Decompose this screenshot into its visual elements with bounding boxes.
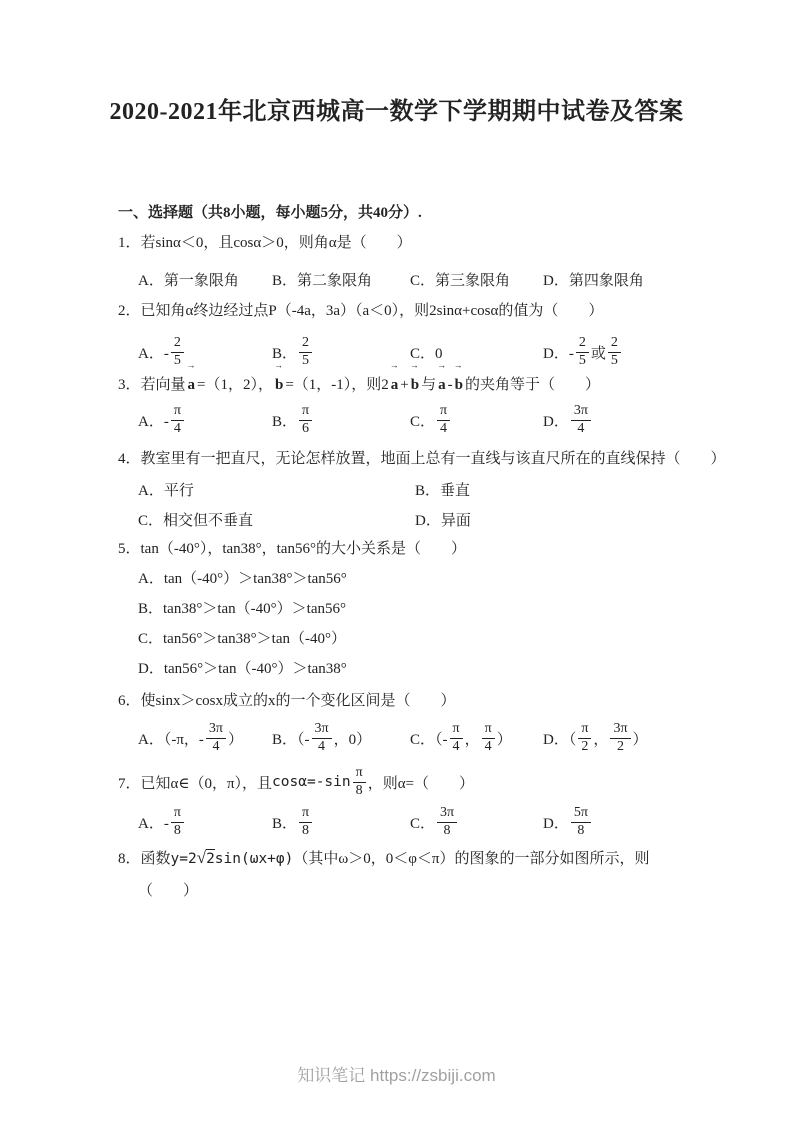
vector-arrow-icon: → (274, 361, 283, 370)
fraction-numerator: 3π (437, 805, 457, 822)
question-2-option-c: C．0 (410, 342, 543, 363)
fraction-numerator: 2 (299, 335, 312, 352)
fraction: π4 (450, 721, 463, 754)
fraction-numerator: 3π (312, 721, 332, 738)
fraction: 25 (299, 335, 312, 368)
fraction-numerator: 2 (171, 335, 184, 352)
fraction: π8 (299, 805, 312, 838)
text-token: =（1，-1），则2 (285, 377, 388, 393)
vector: →a (436, 370, 448, 400)
text-token: A．- (138, 342, 169, 363)
text-token: C．（- (410, 728, 448, 749)
fraction: 5π8 (571, 805, 591, 838)
fraction-denominator: 2 (614, 739, 627, 755)
question-3-options: A．-π4 B．π6 C．π4 D．3π4 (138, 398, 693, 442)
vector: →b (453, 370, 465, 400)
fraction-numerator: π (299, 805, 312, 822)
fraction-numerator: π (437, 403, 450, 420)
formula-token: cosα=-sin (272, 774, 351, 790)
text-token: A．（-π，- (138, 728, 204, 749)
question-6-option-b: B．（-3π4，0） (272, 721, 410, 754)
fraction-denominator: 8 (353, 783, 366, 799)
question-5-option-b: B．tan38°＞tan（-40°）＞tan56° (138, 594, 693, 624)
question-5-option-d: D．tan56°＞tan（-40°）＞tan38° (138, 654, 693, 684)
footer-text: 知识笔记 https://zsbiji.com (297, 1066, 495, 1085)
question-1-option-b: B．第二象限角 (272, 269, 410, 290)
question-5-option-c: C．tan56°＞tan38°＞tan（-40°） (138, 624, 693, 654)
fraction-denominator: 5 (171, 353, 184, 369)
fraction-numerator: π (171, 805, 184, 822)
fraction: π4 (482, 721, 495, 754)
question-1-option-c: C．第三象限角 (410, 269, 543, 290)
fraction-denominator: 4 (209, 739, 222, 755)
text-token: C． (410, 812, 435, 833)
text-token: B． (272, 410, 297, 431)
fraction-numerator: π (353, 765, 366, 782)
vector-arrow-icon: → (437, 361, 446, 370)
fraction-denominator: 8 (299, 823, 312, 839)
fraction-denominator: 6 (299, 421, 312, 437)
fraction-denominator: 4 (171, 421, 184, 437)
vector-arrow-icon: → (410, 361, 419, 370)
fraction-numerator: 3π (571, 403, 591, 420)
text-token: ，0） (334, 728, 372, 749)
fraction-numerator: 3π (610, 721, 630, 738)
question-6-options: A．（-π，-3π4） B．（-3π4，0） C．（-π4，π4） D．（π2，… (138, 716, 693, 760)
question-7-option-a: A．-π8 (138, 805, 272, 838)
fraction-numerator: 2 (576, 335, 589, 352)
text-token: A．- (138, 812, 169, 833)
text-token: 7．已知α∈（0，π），且 (118, 772, 272, 793)
fraction-numerator: 5π (571, 805, 591, 822)
page-footer: 知识笔记 https://zsbiji.com (0, 1062, 793, 1090)
section-heading: 一、选择题（共8小题，每小题5分，共40分）. (118, 198, 693, 228)
fraction: 25 (171, 335, 184, 368)
question-5-option-a: A．tan（-40°）＞tan38°＞tan56° (138, 564, 693, 594)
question-1-options: A．第一象限角 B．第二象限角 C．第三象限角 D．第四象限角 (138, 264, 693, 294)
vector-letter: a (188, 377, 196, 393)
fraction-denominator: 5 (299, 353, 312, 369)
question-6-option-c: C．（-π4，π4） (410, 721, 543, 754)
fraction-numerator: 2 (608, 335, 621, 352)
fraction: 3π4 (312, 721, 332, 754)
radicand: 2 (206, 849, 215, 868)
vector: →b (273, 370, 285, 400)
fraction: 3π8 (437, 805, 457, 838)
text-token: 的夹角等于（ ） (465, 377, 600, 393)
fraction: 25 (608, 335, 621, 368)
text-token: D．- (543, 342, 574, 363)
fraction-numerator: π (171, 403, 184, 420)
fraction-denominator: 2 (578, 739, 591, 755)
fraction-denominator: 4 (437, 421, 450, 437)
question-1-text: 1．若sinα＜0，且cosα＞0，则角α是（ ） (118, 228, 693, 258)
question-1-option-d: D．第四象限角 (543, 269, 693, 290)
fraction: 25 (576, 335, 589, 368)
fraction-numerator: π (578, 721, 591, 738)
question-4-option-b: B．垂直 (415, 479, 693, 500)
formula-token: y=2 (171, 851, 197, 867)
content: 一、选择题（共8小题，每小题5分，共40分）. 1．若sinα＜0，且cosα＞… (118, 198, 693, 906)
fraction: π8 (171, 805, 184, 838)
text-token: 或 (591, 342, 606, 363)
question-8-text-line-2: （ ） (138, 876, 693, 906)
doc-title: 2020-2021年北京西城高一数学下学期期中试卷及答案 (0, 96, 793, 128)
question-3-option-c: C．π4 (410, 403, 543, 436)
text-token: A．- (138, 410, 169, 431)
text-token: ） (228, 728, 243, 749)
text-token: ，则α=（ ） (368, 772, 474, 793)
text-token: （其中ω＞0，0＜φ＜π）的图象的一部分如图所示，则 (293, 851, 649, 867)
question-3-option-d: D．3π4 (543, 403, 693, 436)
fraction-numerator: π (450, 721, 463, 738)
fraction: π8 (353, 765, 366, 798)
fraction-numerator: π (299, 403, 312, 420)
formula-token: sin(ωx+φ) (215, 851, 294, 867)
radical-icon: √ (197, 849, 206, 868)
question-4-option-a: A．平行 (138, 479, 415, 500)
vector-arrow-icon: → (390, 361, 399, 370)
question-2-text: 2．已知角α终边经过点P（-4a，3a）（a＜0），则2sinα+cosα的值为… (118, 296, 693, 326)
question-4-text: 4．教室里有一把直尺，无论怎样放置，地面上总有一直线与该直尺所在的直线保持（ ） (118, 444, 693, 474)
fraction: π4 (171, 403, 184, 436)
fraction: π6 (299, 403, 312, 436)
question-7-text: 7．已知α∈（0，π），且cosα=-sinπ8，则α=（ ） (118, 760, 693, 804)
fraction: 3π2 (610, 721, 630, 754)
question-7-option-b: B．π8 (272, 805, 410, 838)
question-6-option-a: A．（-π，-3π4） (138, 721, 272, 754)
fraction-denominator: 4 (482, 739, 495, 755)
text-token: D．（ (543, 728, 576, 749)
fraction-denominator: 5 (608, 353, 621, 369)
text-token: ） (497, 728, 512, 749)
vector: →a (186, 370, 198, 400)
fraction: π2 (578, 721, 591, 754)
fraction-denominator: 4 (450, 739, 463, 755)
question-2-option-d: D．-25或25 (543, 335, 693, 368)
question-4-option-d: D．异面 (415, 509, 693, 530)
text-token: + (400, 377, 408, 393)
fraction-numerator: π (482, 721, 495, 738)
fraction: π4 (437, 403, 450, 436)
page: 2020-2021年北京西城高一数学下学期期中试卷及答案 一、选择题（共8小题，… (0, 0, 793, 1122)
text-token: B． (272, 812, 297, 833)
text-token: ， (593, 728, 608, 749)
question-1-option-a: A．第一象限角 (138, 269, 272, 290)
question-6-option-d: D．（π2，3π2） (543, 721, 693, 754)
text-token: D． (543, 812, 569, 833)
fraction: 3π4 (571, 403, 591, 436)
vector-letter: a (438, 377, 446, 393)
vector-letter: a (391, 377, 399, 393)
fraction-denominator: 8 (171, 823, 184, 839)
text-token: C． (410, 410, 435, 431)
fraction-denominator: 8 (441, 823, 454, 839)
square-root: √2 (197, 849, 215, 868)
question-4-options-row-1: A．平行 B．垂直 (138, 474, 693, 504)
vector-letter: b (455, 377, 463, 393)
vector-arrow-icon: → (187, 361, 196, 370)
fraction-denominator: 4 (574, 421, 587, 437)
question-3-text: 3．若向量→a=（1，2），→b=（1，-1），则2→a+→b与→a-→b的夹角… (118, 370, 693, 400)
question-4-options-row-2: C．相交但不垂直 D．异面 (138, 504, 693, 534)
question-3-option-a: A．-π4 (138, 403, 272, 436)
text-token: =（1，2）， (197, 377, 273, 393)
text-token: D． (543, 410, 569, 431)
fraction: 3π4 (206, 721, 226, 754)
question-6-text: 6．使sinx＞cosx成立的x的一个变化区间是（ ） (118, 686, 693, 716)
text-token: 3．若向量 (118, 377, 186, 393)
question-4-option-c: C．相交但不垂直 (138, 509, 415, 530)
text-token: ， (465, 728, 480, 749)
question-7-option-c: C．3π8 (410, 805, 543, 838)
vector-letter: b (411, 377, 419, 393)
text-token: 与 (421, 377, 436, 393)
question-5-text: 5．tan（-40°），tan38°，tan56°的大小关系是（ ） (118, 534, 693, 564)
fraction-denominator: 8 (574, 823, 587, 839)
vector-letter: b (275, 377, 283, 393)
text-token: ） (633, 728, 648, 749)
text-token: 8．函数 (118, 851, 171, 867)
question-7-options: A．-π8 B．π8 C．3π8 D．5π8 (138, 800, 693, 844)
fraction-denominator: 4 (315, 739, 328, 755)
vector-arrow-icon: → (454, 361, 463, 370)
fraction-numerator: 3π (206, 721, 226, 738)
question-8-text-line-1: 8．函数y=2√2sin(ωx+φ)（其中ω＞0，0＜φ＜π）的图象的一部分如图… (118, 844, 693, 874)
question-7-option-d: D．5π8 (543, 805, 693, 838)
text-token: B．（- (272, 728, 310, 749)
fraction-denominator: 5 (576, 353, 589, 369)
question-2-option-a: A．-25 (138, 335, 272, 368)
vector: →b (409, 370, 421, 400)
vector: →a (389, 370, 401, 400)
question-3-option-b: B．π6 (272, 403, 410, 436)
